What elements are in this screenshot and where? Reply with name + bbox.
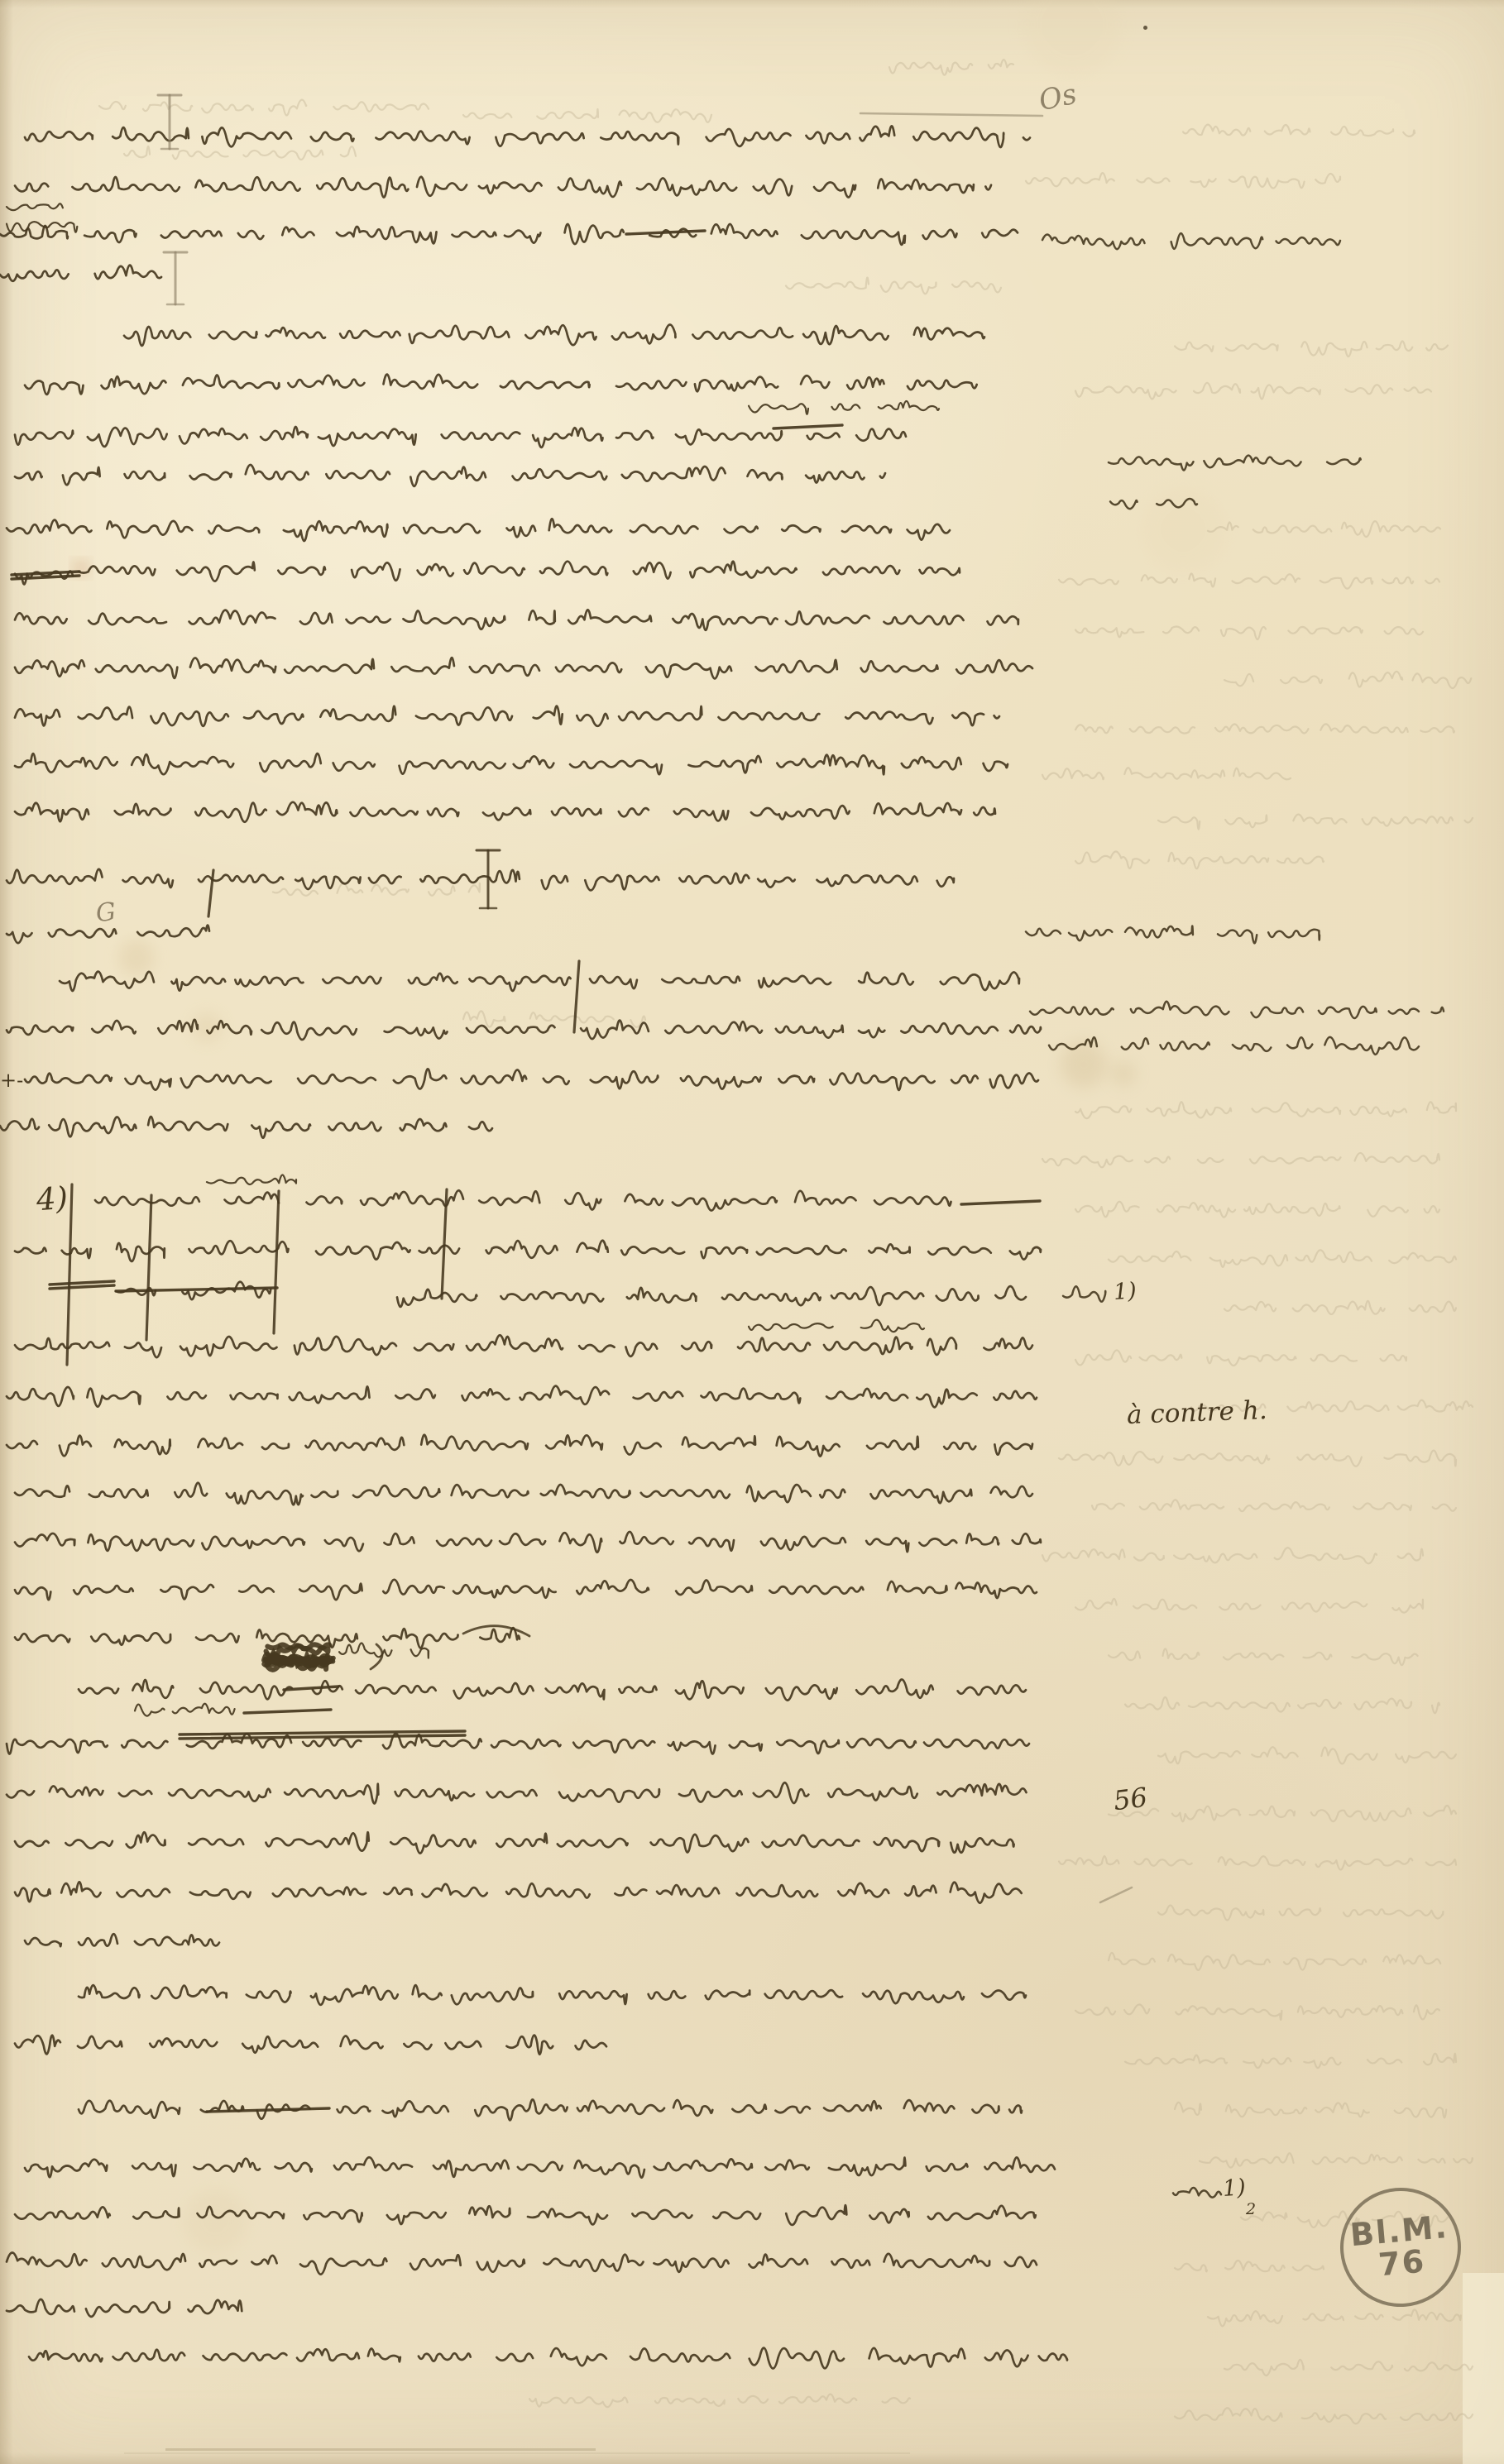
script-line	[79, 1680, 1026, 1701]
script-line	[15, 1832, 1014, 1853]
script-line	[15, 2036, 606, 2055]
script-line	[1109, 1648, 1418, 1665]
script-line	[15, 610, 1018, 630]
script-line	[1183, 125, 1415, 136]
script-line	[1208, 2309, 1461, 2326]
strikethrough	[961, 1201, 1040, 1204]
script-line	[15, 706, 999, 726]
script-line	[1075, 851, 1324, 868]
token-insert-ref-1b-sub: 2	[1246, 2200, 1256, 2218]
script-line	[339, 1643, 429, 1658]
script-line	[1075, 2004, 1439, 2020]
script-line	[99, 100, 429, 116]
script-line	[1075, 1599, 1423, 1613]
token-insert-ref-1b: 1)	[1222, 2175, 1247, 2202]
script-line	[1200, 2153, 1473, 2167]
strikethrough	[207, 2108, 329, 2112]
script-line	[135, 1704, 235, 1716]
script-line	[15, 1241, 1041, 1261]
pencil-stroke	[1100, 1887, 1132, 1902]
script-line	[0, 224, 1018, 245]
script-line	[1109, 456, 1361, 471]
scan-edge-line-faint	[124, 2452, 910, 2454]
handwritten-text-lines	[0, 126, 1067, 2368]
script-line	[1224, 672, 1471, 688]
stain	[1142, 488, 1224, 571]
script-line	[1075, 626, 1423, 639]
script-line	[7, 2252, 1037, 2274]
script-line	[15, 658, 1032, 678]
script-line	[1224, 2360, 1473, 2375]
script-line	[15, 1580, 1037, 1600]
script-line	[124, 146, 356, 160]
script-line	[29, 2348, 1067, 2369]
script-line	[7, 1734, 1029, 1754]
script-line	[25, 375, 977, 395]
script-line	[1075, 1202, 1439, 1218]
script-line	[15, 1882, 1022, 1902]
script-line	[1224, 1301, 1456, 1314]
script-line	[0, 1117, 492, 1138]
script-line	[1042, 768, 1291, 779]
script-line	[15, 754, 1008, 774]
script-line	[1173, 2188, 1221, 2198]
script-line	[1030, 1002, 1444, 1018]
token-insert-ref-1a: 1)	[1113, 1278, 1138, 1305]
script-line	[1175, 2408, 1473, 2423]
strikethrough	[12, 572, 79, 575]
insertion-bar	[274, 1191, 279, 1333]
script-line	[15, 1483, 1032, 1505]
manuscript-page: Os4)561)à contre h.1)2G+- Bl.M. 76	[0, 0, 1504, 2464]
script-line	[1158, 1747, 1456, 1763]
script-line	[463, 109, 711, 122]
strikethrough	[50, 1281, 114, 1285]
token-margin-plus-mark: +-	[0, 1069, 23, 1092]
script-line	[1109, 1953, 1440, 1970]
script-line	[1042, 1548, 1423, 1563]
ink-speck	[1143, 26, 1147, 30]
bleedthrough-ghost-writing	[99, 60, 1473, 2423]
script-line	[15, 465, 885, 486]
script-line	[15, 427, 906, 447]
script-line	[1042, 1153, 1439, 1167]
script-line	[749, 401, 939, 414]
paper-stains	[75, 0, 1224, 2252]
insertion-bar	[574, 961, 579, 1032]
script-line	[79, 1985, 1026, 2005]
strikethrough	[180, 1731, 465, 1734]
strikethrough	[50, 1285, 114, 1289]
script-line	[1049, 1037, 1419, 1055]
script-line	[7, 519, 950, 541]
editorial-marks	[12, 95, 1132, 2112]
stain	[1023, 0, 1122, 74]
script-line	[1175, 2103, 1446, 2118]
script-line	[7, 1435, 1032, 1457]
script-line	[15, 802, 995, 822]
script-line	[207, 1175, 296, 1184]
script-line	[1059, 574, 1439, 589]
script-line	[889, 60, 1013, 74]
token-margin-note-contre: à contre h.	[1126, 1395, 1267, 1430]
token-margin-number-56: 56	[1112, 1782, 1149, 1817]
script-line	[1175, 341, 1448, 356]
script-line	[124, 324, 984, 345]
script-line	[1075, 724, 1454, 733]
script-line	[25, 2157, 1055, 2177]
script-line	[1158, 815, 1473, 830]
script-line	[1059, 1856, 1456, 1869]
strikethrough	[116, 1288, 277, 1291]
stain	[544, 1719, 614, 1788]
stain	[118, 940, 155, 976]
script-line	[1158, 1906, 1443, 1921]
token-section-number: 4)	[36, 1180, 69, 1218]
stain	[184, 2189, 247, 2252]
script-line	[95, 1190, 951, 1210]
script-line	[529, 2395, 910, 2408]
script-line	[15, 2205, 1036, 2225]
script-line	[1125, 2054, 1456, 2068]
script-line	[0, 266, 161, 281]
script-line	[1125, 1697, 1439, 1713]
strikethrough	[626, 231, 705, 234]
script-line	[1059, 1451, 1456, 1466]
script-line	[397, 1286, 1026, 1307]
token-pencil-correction-g: G	[94, 897, 117, 928]
script-line	[25, 1934, 219, 1946]
script-line	[79, 562, 960, 581]
scan-edge-line	[165, 2448, 596, 2451]
strikethrough	[774, 425, 842, 428]
script-line	[7, 1782, 1027, 1803]
insertion-bar	[146, 1195, 151, 1340]
script-line	[79, 2099, 1022, 2120]
script-line	[7, 1386, 1037, 1408]
script-line	[60, 972, 1019, 991]
script-line	[1092, 1500, 1456, 1511]
script-line	[1075, 1350, 1406, 1366]
script-line	[1208, 521, 1440, 537]
script-line	[786, 278, 1001, 294]
script-line	[25, 1069, 1038, 1090]
script-line	[7, 1020, 1041, 1040]
pencil-stroke	[860, 113, 1042, 116]
handwriting-layer	[0, 0, 1504, 2464]
script-line	[15, 1335, 1032, 1357]
stain	[1111, 1061, 1136, 1086]
script-line	[1042, 233, 1340, 249]
script-line	[1026, 926, 1320, 944]
stamp-text-line2: 76	[1377, 2246, 1427, 2282]
script-line	[15, 1532, 1041, 1553]
script-line	[1075, 383, 1431, 400]
script-line	[1075, 1102, 1456, 1118]
script-line	[7, 926, 209, 943]
script-line	[1175, 2261, 1324, 2271]
script-line	[1026, 173, 1340, 188]
script-line	[7, 222, 77, 232]
script-line	[7, 2299, 242, 2317]
script-line	[749, 1320, 924, 1332]
script-line	[15, 177, 991, 198]
script-line	[1109, 1250, 1456, 1267]
strikethrough	[244, 1710, 331, 1713]
script-line	[25, 126, 1030, 147]
script-line	[1109, 1806, 1456, 1821]
script-line	[1063, 1286, 1105, 1301]
script-line	[7, 203, 63, 210]
